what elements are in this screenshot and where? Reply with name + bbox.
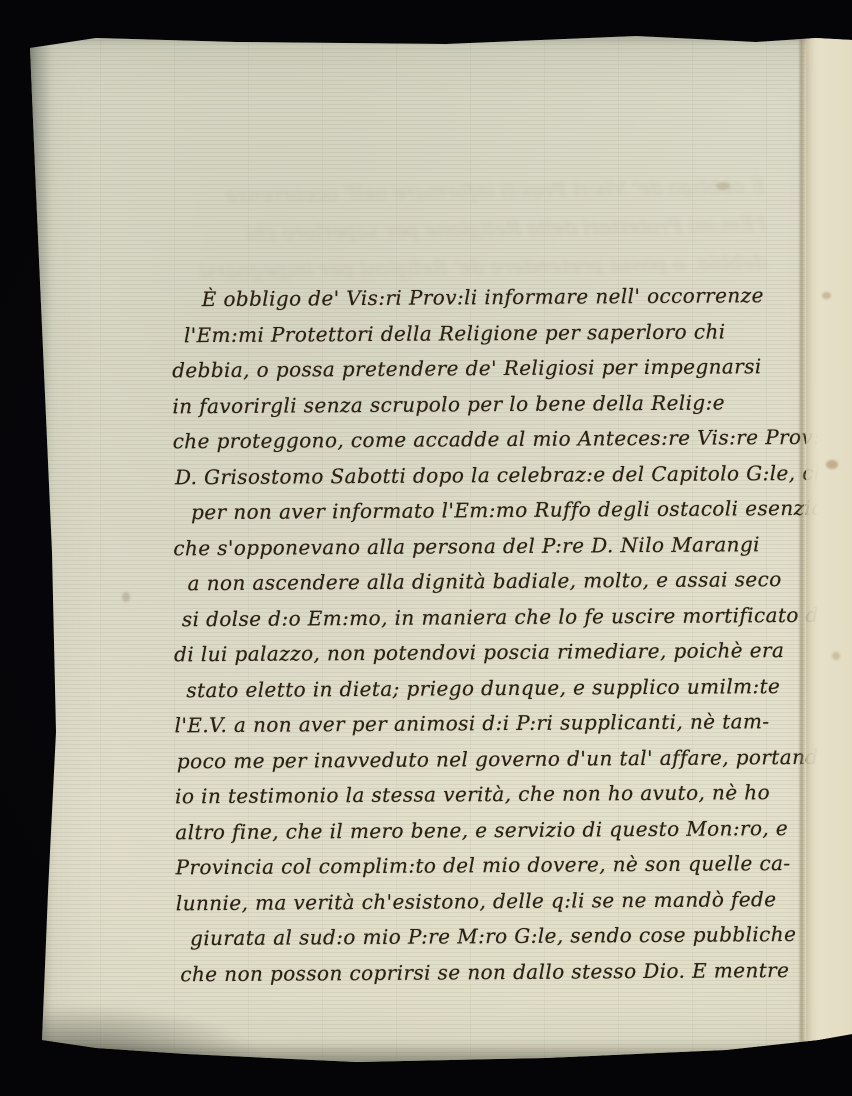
fox-spot [826,460,838,469]
handwritten-line: io in testimonio la stessa verità, che n… [175,775,835,815]
handwritten-line: altro fine, che il mero bene, e servizio… [175,810,835,850]
handwritten-line: Provincia col complim:to del mio dovere,… [175,846,835,886]
paper-corner-shadow [26,1004,266,1064]
handwritten-line: in favorirgli senza scrupolo per lo bene… [172,384,832,424]
handwritten-line: che proteggono, come accadde al mio Ante… [173,420,833,460]
handwritten-line: si dolse d:o Em:mo, in maniera che lo fe… [174,597,834,637]
handwritten-line: giurata al sud:o mio P:re M:ro G:le, sen… [176,917,836,957]
scan-background: È obbligo de' Vis:ri Prov:li informare n… [0,0,852,1096]
fox-spot [716,182,730,190]
handwritten-line: l'Em:mi Protettori della Religione per s… [172,313,832,353]
handwritten-text: È obbligo de' Vis:ri Prov:li informare n… [172,278,837,993]
handwritten-line: l'E.V. a non aver per animosi d:i P:ri s… [175,704,835,744]
handwritten-line: per non aver informato l'Em:mo Ruffo deg… [173,491,833,531]
handwritten-line: a non ascendere alla dignità badiale, mo… [174,562,834,602]
handwritten-line: D. Grisostomo Sabotti dopo la celebraz:e… [173,455,833,495]
handwritten-line: debbia, o possa pretendere de' Religiosi… [172,349,832,389]
handwritten-line: di lui palazzo, non potendovi poscia rim… [174,633,834,673]
manuscript-page: È obbligo de' Vis:ri Prov:li informare n… [26,32,852,1064]
handwritten-line: stato eletto in dieta; priego dunque, e … [174,668,834,708]
fox-spot [122,592,130,602]
fox-spot [832,652,840,660]
fold-crease [798,32,806,1064]
handwritten-line: che non posson coprirsi se non dallo ste… [176,952,836,992]
handwritten-line: poco me per inavveduto nel governo d'un … [175,739,835,779]
handwritten-line: che s'opponevano alla persona del P:re D… [173,526,833,566]
adjacent-page-edge [806,32,852,1064]
handwritten-line: È obbligo de' Vis:ri Prov:li informare n… [172,278,832,318]
ink-showthrough: È obbligo de' Vis:ri Prov:li informare n… [165,167,767,297]
handwritten-line: lunnie, ma verità ch'esistono, delle q:l… [176,881,836,921]
fox-spot [822,292,831,299]
paper-left-deckle-edge [26,32,52,1064]
paper-top-edge-shading [26,32,852,46]
